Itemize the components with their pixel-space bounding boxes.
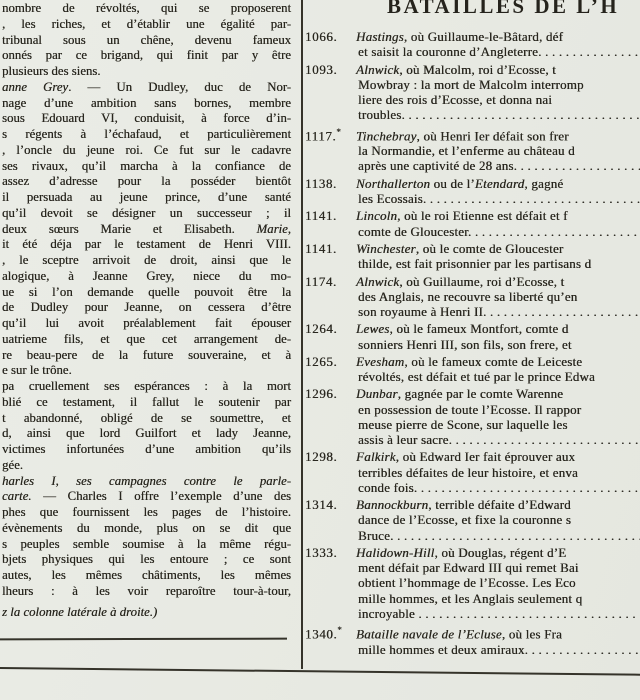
left-text-line: e sur le trône. bbox=[2, 363, 291, 379]
battle-year-number: 1141. bbox=[305, 241, 337, 256]
battle-description: , où le roi Etienne est défait et f bbox=[397, 208, 568, 223]
battle-year: 1141. bbox=[305, 241, 356, 256]
text-segment: alogique, à Jeanne Grey, niece du mo- bbox=[2, 269, 291, 283]
battle-name: Tinchebray bbox=[356, 128, 417, 143]
left-text-line: uatrieme fils, et que cet arrangement de… bbox=[2, 332, 291, 348]
text-segment: , le sceptre arrivoit de droit, ainsi qu… bbox=[2, 253, 291, 267]
left-text-line: , les riches, et d’établir une égalité p… bbox=[2, 17, 291, 33]
text-segment: . — Un Dudley, duc de Nor- bbox=[68, 80, 291, 94]
text-segment: tribunal sous un chêne, devenu fameux bbox=[2, 33, 291, 47]
battle-description: , où Henri Ier défait son frer bbox=[417, 128, 569, 143]
battle-entry-first-line: 1314.Bannockburn, terrible défaite d’Edw… bbox=[305, 497, 640, 512]
text-segment: nage d’une ambition sans bornes, membre bbox=[2, 96, 291, 110]
battle-entry-continuation-line: et saisit la couronne d’Angleterre. . . … bbox=[305, 44, 640, 59]
text-segment: ses rivaux, qu’il marcha à la confiance … bbox=[2, 159, 291, 173]
battle-year-number: 1138. bbox=[305, 176, 337, 191]
text-segment: — Charles I offre l’exemple d’une des bbox=[32, 489, 292, 503]
battle-year: 1117.* bbox=[305, 125, 356, 144]
battle-entry-first-line: 1093.Alnwick, où Malcolm, roi d’Ecosse, … bbox=[305, 62, 640, 77]
battle-list: 1066.Hastings, où Guillaume-le-Bâtard, d… bbox=[305, 29, 640, 659]
text-segment: blié ce testament, il fallut le soutenir… bbox=[2, 395, 291, 409]
battle-description: , où le comte de Gloucester bbox=[416, 241, 564, 256]
battle-entry-continuation-line: en possession de toute l’Ecosse. Il rapp… bbox=[305, 402, 640, 417]
battle-year: 1141. bbox=[305, 208, 356, 223]
text-segment: lheurs : à les voir reparoître tour-à-to… bbox=[2, 584, 291, 598]
battle-name: Falkirk bbox=[356, 449, 396, 464]
left-text-line: tribunal sous un chêne, devenu fameux bbox=[2, 33, 291, 49]
text-segment: it été déja par le testament de Henri VI… bbox=[2, 237, 291, 251]
left-text-line: de Dudley pour Jeanne, on cessera d’être bbox=[2, 300, 291, 316]
battle-year: 1138. bbox=[305, 176, 356, 191]
scanned-page: nombre de révoltés, qui se proposerent, … bbox=[0, 0, 640, 700]
left-text-line: carte. — Charles I offre l’exemple d’une… bbox=[2, 489, 291, 505]
battle-description: , où Guillaume-le-Bâtard, déf bbox=[404, 29, 563, 44]
left-text-line: ses rivaux, qu’il marcha à la confiance … bbox=[2, 159, 291, 175]
battle-entry: 1314.Bannockburn, terrible défaite d’Edw… bbox=[305, 497, 640, 543]
left-text-line: victimes infortunées d’une ambition qu’i… bbox=[2, 442, 291, 458]
battle-entry: 1264.Lewes, où le fameux Montfort, comte… bbox=[305, 321, 640, 351]
battle-entry-continuation-line: thilde, est fait prisonnier par les part… bbox=[305, 256, 640, 271]
battle-year: 1264. bbox=[305, 321, 356, 336]
battle-year-number: 1314. bbox=[305, 497, 337, 512]
battle-entry: 1093.Alnwick, où Malcolm, roi d’Ecosse, … bbox=[305, 62, 640, 123]
text-segment: victimes infortunées d’une ambition qu’i… bbox=[2, 442, 291, 456]
battle-entry-first-line: 1333.Halidown-Hill, où Douglas, régent d… bbox=[305, 545, 640, 560]
left-text-line: anne Grey. — Un Dudley, duc de Nor- bbox=[2, 80, 291, 96]
battle-entry-continuation-line: après une captivité de 28 ans. . . . . .… bbox=[305, 158, 640, 173]
battle-name: Northallerton bbox=[356, 176, 430, 191]
italic-text-segment: carte. bbox=[2, 489, 32, 503]
battle-name: Alnwick bbox=[356, 62, 399, 77]
left-text-line: ue si l’on demande quelle pouvoit être l… bbox=[2, 285, 291, 301]
battle-year: 1296. bbox=[305, 386, 356, 401]
battle-entry-continuation-line: assis à leur sacre. . . . . . . . . . . … bbox=[305, 432, 640, 447]
battle-description: , gagné bbox=[524, 176, 563, 191]
text-segment: re beau-pere de la future souveraine, et… bbox=[2, 348, 291, 362]
left-text-line: bjets physiques qui les entoure ; ce son… bbox=[2, 552, 291, 568]
left-text-line: autes, les mêmes châtiments, les mêmes bbox=[2, 568, 291, 584]
battle-name: Halidown-Hill bbox=[356, 545, 434, 560]
battle-entry-continuation-line: son royaume à Henri II. . . . . . . . . … bbox=[305, 304, 640, 319]
battle-name: Dunbar bbox=[356, 386, 398, 401]
left-text-line: qu’il lui avoit préalablement fait épous… bbox=[2, 316, 291, 332]
battle-year: 1093. bbox=[305, 62, 356, 77]
battle-entry-first-line: 1174.Alnwick, où Guillaume, roi d’Ecosse… bbox=[305, 274, 640, 289]
left-column: nombre de révoltés, qui se proposerent, … bbox=[2, 1, 292, 631]
battle-name: Alnwick bbox=[356, 274, 399, 289]
text-segment: nombre de révoltés, qui se proposerent bbox=[2, 1, 291, 15]
battle-entry-continuation-line: révoltés, est défait et tué par le princ… bbox=[305, 369, 640, 384]
battle-name: Bataille navale de l’Ecluse bbox=[356, 627, 502, 642]
text-segment: pa cruellement ses espérances : à la mor… bbox=[2, 379, 291, 393]
battle-entry-continuation-line: Mowbray : la mort de Malcolm interromp bbox=[305, 77, 640, 92]
battle-star-marker: * bbox=[337, 625, 342, 635]
battle-description: , gagnée par le comte Warenne bbox=[398, 386, 564, 401]
battle-name: Etendard bbox=[475, 176, 525, 191]
battle-entry-continuation-line: dance de l’Ecosse, et fixe la couronne s bbox=[305, 512, 640, 527]
left-text-line: assez d’adresse pour la posséder bientôt bbox=[2, 174, 291, 190]
battle-entry-continuation-line: comte de Gloucester. . . . . . . . . . .… bbox=[305, 224, 640, 239]
left-text-line: d, ainsi que lord Guilfort et lady Jeann… bbox=[2, 426, 291, 442]
text-segment: deux sœurs Marie et Elisabeth. bbox=[2, 222, 257, 236]
left-text-line: it été déja par le testament de Henri VI… bbox=[2, 237, 291, 253]
left-text-line: re beau-pere de la future souveraine, et… bbox=[2, 348, 291, 364]
left-text-line: , l’oncle du jeune roi. Ce fut sur le ca… bbox=[2, 143, 291, 159]
battle-year-number: 1117. bbox=[305, 128, 336, 143]
battle-description: , où le fameux Montfort, comte d bbox=[390, 321, 569, 336]
battle-description: ou de l’ bbox=[430, 176, 475, 191]
battle-entry: 1117.*Tinchebray, où Henri Ier défait so… bbox=[305, 125, 640, 174]
text-segment: s peuples semble soumise à la même régu- bbox=[2, 537, 291, 551]
text-segment: uatrieme fils, et que cet arrangement de… bbox=[2, 332, 291, 346]
text-segment: sous Edouard VI, conduisit, à force d’in… bbox=[2, 111, 291, 125]
battle-year-number: 1264. bbox=[305, 321, 337, 336]
battle-entry-continuation-line: obtient l’hommage de l’Ecosse. Les Eco bbox=[305, 575, 640, 590]
battle-entry: 1298.Falkirk, où Edward Ier fait éprouve… bbox=[305, 449, 640, 495]
battle-entry-continuation-line: terribles défaites de leur histoire, et … bbox=[305, 465, 640, 480]
text-segment: phes que fournissent les pages de l’hist… bbox=[2, 505, 291, 519]
battle-name: Evesham bbox=[356, 354, 404, 369]
battle-entry-first-line: 1141.Winchester, où le comte de Gloucest… bbox=[305, 241, 640, 256]
battle-entry: 1141.Lincoln, où le roi Etienne est défa… bbox=[305, 208, 640, 238]
battle-description: , où Guillaume, roi d’Ecosse, t bbox=[399, 274, 564, 289]
column-title: BATAILLES DE L’H bbox=[387, 0, 619, 19]
battle-entry-continuation-line: meuse pierre de Scone, sur laquelle les bbox=[305, 417, 640, 432]
left-text-line: nombre de révoltés, qui se proposerent bbox=[2, 1, 291, 17]
battle-name: Lewes bbox=[356, 321, 390, 336]
text-segment: onnés par ce brigand, qui finit par y êt… bbox=[2, 48, 291, 62]
battle-year-number: 1174. bbox=[305, 274, 337, 289]
battle-entry-continuation-line: la Normandie, et l’enferme au château d bbox=[305, 143, 640, 158]
left-text-line: plusieurs des siens. bbox=[2, 64, 291, 80]
left-text-line: évènements du monde, plus on se dit que bbox=[2, 521, 291, 537]
battle-star-marker: * bbox=[336, 127, 341, 137]
battle-year-number: 1296. bbox=[305, 386, 337, 401]
italic-text-segment: harles I, ses campagnes contre le parle- bbox=[2, 474, 291, 488]
battle-entry-first-line: 1298.Falkirk, où Edward Ier fait éprouve… bbox=[305, 449, 640, 464]
battle-description: , où les Fra bbox=[502, 627, 562, 642]
italic-text-segment: anne Grey bbox=[2, 80, 68, 94]
battle-entry-continuation-line: troubles. . . . . . . . . . . . . . . . … bbox=[305, 107, 640, 122]
left-text-line: z la colonne latérale à droite.) bbox=[2, 605, 291, 621]
battle-entry-continuation-line: ment défait par Edward III qui remet Bai bbox=[305, 560, 640, 575]
text-segment: qu’il devoit se désigner un successeur ;… bbox=[2, 206, 291, 220]
left-text-line: deux sœurs Marie et Elisabeth. Marie, bbox=[2, 222, 291, 238]
battle-name: Hastings bbox=[356, 29, 404, 44]
battle-name: Bannockburn bbox=[356, 497, 428, 512]
text-segment: gée. bbox=[2, 458, 23, 472]
battle-description: , où Edward Ier fait éprouver aux bbox=[396, 449, 576, 464]
text-segment: t abandonné, obligé de se soumettre, et bbox=[2, 411, 291, 425]
italic-text-segment: Marie bbox=[257, 222, 288, 236]
battle-entry-continuation-line: liere des rois d’Ecosse, et donna nai bbox=[305, 92, 640, 107]
left-text-line: t abandonné, obligé de se soumettre, et bbox=[2, 411, 291, 427]
battle-description: , terrible défaite d’Edward bbox=[428, 497, 571, 512]
battle-name: Lincoln bbox=[356, 208, 397, 223]
left-text-line: s régents à l’échafaud, et particulièrem… bbox=[2, 127, 291, 143]
battle-year: 1066. bbox=[305, 29, 356, 44]
battle-entry-first-line: 1296.Dunbar, gagnée par le comte Warenne bbox=[305, 386, 640, 401]
battle-entry-continuation-line: des Anglais, ne recouvre sa liberté qu’e… bbox=[305, 289, 640, 304]
battle-entry: 1141.Winchester, où le comte de Gloucest… bbox=[305, 241, 640, 271]
text-segment: ue si l’on demande quelle pouvoit être l… bbox=[2, 285, 291, 299]
battle-year-number: 1066. bbox=[305, 29, 337, 44]
battle-year: 1333. bbox=[305, 545, 356, 560]
battle-year: 1265. bbox=[305, 354, 356, 369]
left-text-line: , le sceptre arrivoit de droit, ainsi qu… bbox=[2, 253, 291, 269]
left-text-line: onnés par ce brigand, qui finit par y êt… bbox=[2, 48, 291, 64]
text-segment: évènements du monde, plus on se dit que bbox=[2, 521, 291, 535]
battle-entry: 1174.Alnwick, où Guillaume, roi d’Ecosse… bbox=[305, 274, 640, 320]
battle-entry-continuation-line: mille hommes, et les Anglais seulement q bbox=[305, 591, 640, 606]
battle-year: 1298. bbox=[305, 449, 356, 464]
text-segment: s régents à l’échafaud, et particulièrem… bbox=[2, 127, 291, 141]
battle-description: , où Douglas, régent d’E bbox=[434, 545, 566, 560]
battle-year-number: 1265. bbox=[305, 354, 337, 369]
battle-entry-first-line: 1138.Northallerton ou de l’Etendard, gag… bbox=[305, 176, 640, 191]
text-segment: il persuada au jeune prince, d’une santé bbox=[2, 190, 291, 204]
battle-entry: 1296.Dunbar, gagnée par le comte Warenne… bbox=[305, 386, 640, 447]
text-segment: , les riches, et d’établir une égalité p… bbox=[2, 17, 291, 31]
left-text-line: gée. bbox=[2, 458, 291, 474]
text-segment: de Dudley pour Jeanne, on cessera d’être bbox=[2, 300, 291, 314]
text-segment: , bbox=[288, 222, 291, 236]
text-segment: assez d’adresse pour la posséder bientôt bbox=[2, 174, 291, 188]
horizontal-rule-left-column-end bbox=[0, 638, 287, 640]
battle-entry-first-line: 1066.Hastings, où Guillaume-le-Bâtard, d… bbox=[305, 29, 640, 44]
left-text-line: harles I, ses campagnes contre le parle- bbox=[2, 474, 291, 490]
battle-entry: 1265.Evesham, où le fameux comte de Leic… bbox=[305, 354, 640, 384]
left-text-line: alogique, à Jeanne Grey, niece du mo- bbox=[2, 269, 291, 285]
right-column: BATAILLES DE L’H 1066.Hastings, où Guill… bbox=[303, 0, 640, 666]
battle-entry: 1333.Halidown-Hill, où Douglas, régent d… bbox=[305, 545, 640, 621]
battle-entry-first-line: 1340.*Bataille navale de l’Ecluse, où le… bbox=[305, 623, 640, 642]
battle-entry: 1340.*Bataille navale de l’Ecluse, où le… bbox=[305, 623, 640, 657]
battle-entry-first-line: 1117.*Tinchebray, où Henri Ier défait so… bbox=[305, 125, 640, 144]
left-text-line: nage d’une ambition sans bornes, membre bbox=[2, 96, 291, 112]
left-text-line: s peuples semble soumise à la même régu- bbox=[2, 537, 291, 553]
text-segment: , l’oncle du jeune roi. Ce fut sur le ca… bbox=[2, 143, 291, 157]
battle-entry-continuation-line: les Ecossais. . . . . . . . . . . . . . … bbox=[305, 191, 640, 206]
italic-text-segment: z la colonne latérale à droite.) bbox=[2, 605, 157, 619]
left-text-line: qu’il devoit se désigner un successeur ;… bbox=[2, 206, 291, 222]
battle-entry-first-line: 1264.Lewes, où le fameux Montfort, comte… bbox=[305, 321, 640, 336]
left-text-line: phes que fournissent les pages de l’hist… bbox=[2, 505, 291, 521]
left-text-line: il persuada au jeune prince, d’une santé bbox=[2, 190, 291, 206]
text-segment: plusieurs des siens. bbox=[2, 64, 100, 78]
battle-entry-continuation-line: incroyable . . . . . . . . . . . . . . .… bbox=[305, 606, 640, 621]
battle-entry: 1138.Northallerton ou de l’Etendard, gag… bbox=[305, 176, 640, 206]
battle-year: 1314. bbox=[305, 497, 356, 512]
text-segment: d, ainsi que lord Guilfort et lady Jeann… bbox=[2, 426, 291, 440]
left-text-line: sous Edouard VI, conduisit, à force d’in… bbox=[2, 111, 291, 127]
left-text-line: lheurs : à les voir reparoître tour-à-to… bbox=[2, 584, 291, 600]
battle-year: 1174. bbox=[305, 274, 356, 289]
horizontal-rule-page-bottom bbox=[0, 667, 640, 676]
battle-year-number: 1333. bbox=[305, 545, 337, 560]
battle-entry-first-line: 1265.Evesham, où le fameux comte de Leic… bbox=[305, 354, 640, 369]
battle-year: 1340.* bbox=[305, 623, 356, 642]
battle-year-number: 1340. bbox=[305, 627, 337, 642]
text-segment: qu’il lui avoit préalablement fait épous… bbox=[2, 316, 291, 330]
battle-year-number: 1298. bbox=[305, 449, 337, 464]
battle-description: , où le fameux comte de Leiceste bbox=[404, 354, 582, 369]
battle-entry-continuation-line: sonniers Henri III, son fils, son frere,… bbox=[305, 337, 640, 352]
battle-year-number: 1093. bbox=[305, 62, 337, 77]
battle-entry-continuation-line: Bruce. . . . . . . . . . . . . . . . . .… bbox=[305, 528, 640, 543]
battle-entry: 1066.Hastings, où Guillaume-le-Bâtard, d… bbox=[305, 29, 640, 59]
left-text-line: pa cruellement ses espérances : à la mor… bbox=[2, 379, 291, 395]
battle-name: Winchester bbox=[356, 241, 416, 256]
battle-description: , où Malcolm, roi d’Ecosse, t bbox=[399, 62, 556, 77]
text-segment: e sur le trône. bbox=[2, 363, 72, 377]
text-segment: autes, les mêmes châtiments, les mêmes bbox=[2, 568, 291, 582]
battle-entry-continuation-line: conde fois. . . . . . . . . . . . . . . … bbox=[305, 480, 640, 495]
text-segment: bjets physiques qui les entoure ; ce son… bbox=[2, 552, 291, 566]
battle-entry-continuation-line: mille hommes et deux amiraux. . . . . . … bbox=[305, 642, 640, 657]
battle-entry-first-line: 1141.Lincoln, où le roi Etienne est défa… bbox=[305, 208, 640, 223]
left-text-line: blié ce testament, il fallut le soutenir… bbox=[2, 395, 291, 411]
battle-year-number: 1141. bbox=[305, 208, 337, 223]
